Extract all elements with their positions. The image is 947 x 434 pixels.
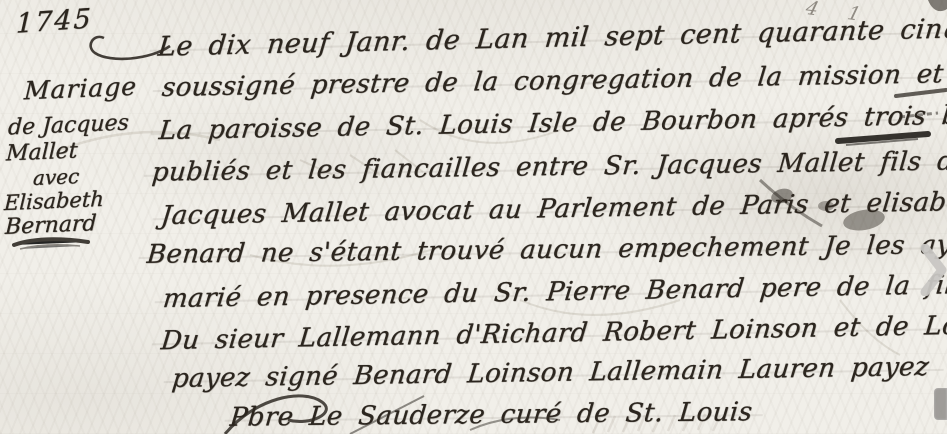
record-line: La paroisse de St. Louis Isle de Bourbon… bbox=[158, 100, 947, 146]
margin-line: Bernard bbox=[4, 211, 97, 240]
margin-line: Mallet bbox=[5, 138, 78, 166]
year-annotation: 1745 bbox=[16, 3, 94, 40]
record-line: Jacques Mallet avocat au Parlement de Pa… bbox=[159, 187, 947, 231]
margin-line: avec bbox=[32, 164, 79, 190]
record-line: publiés et les fiancailles entre Sr. Jac… bbox=[151, 146, 947, 187]
record-line: Pbre Le Sauderze curé de St. Louis bbox=[229, 397, 754, 433]
record-line: payez signé Benard Loinson Lallemain Lau… bbox=[170, 352, 930, 394]
manuscript-scan: 1745 4 1 Mariage de Jacques Mallet avec … bbox=[0, 0, 947, 434]
record-line: soussigné prestre de la congregation de … bbox=[160, 57, 947, 103]
record-line: Du sieur Lallemann d'Richard Robert Loin… bbox=[160, 310, 947, 356]
chevron-right-icon[interactable] bbox=[920, 244, 947, 296]
record-line: Le dix neuf Janr. de Lan mil sept cent q… bbox=[157, 12, 947, 62]
margin-line: Mariage bbox=[23, 72, 137, 106]
scroll-handle[interactable] bbox=[934, 388, 947, 420]
record-line: marié en presence du Sr. Pierre Benard p… bbox=[161, 270, 947, 314]
record-line: Benard ne s'étant trouvé aucun empecheme… bbox=[146, 230, 947, 270]
margin-line: de Jacques bbox=[7, 110, 129, 140]
